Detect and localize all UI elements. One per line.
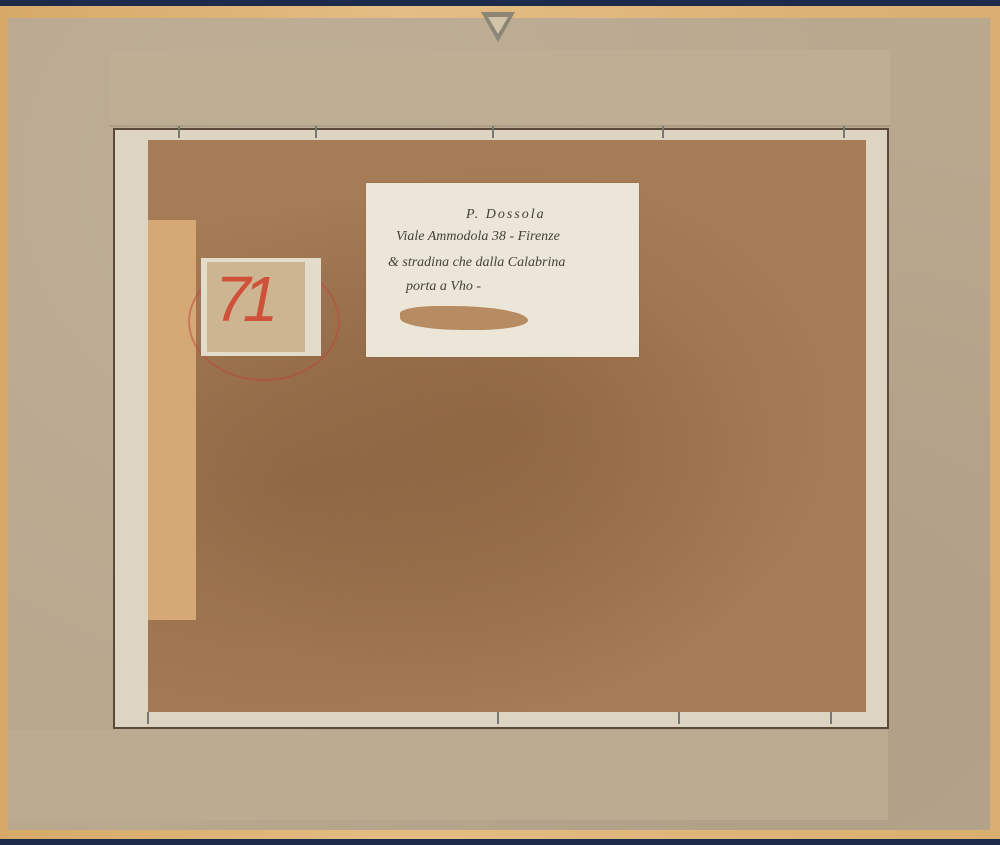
paper-tape-top [110, 50, 890, 125]
label-artist: P. Dossola [466, 207, 546, 223]
paper-tape-bottom [8, 730, 888, 820]
nail [662, 126, 664, 138]
label-title-1: & stradina che dalla Calabrina [388, 255, 565, 271]
painting-back-scene: 71 P. Dossola Viale Ammodola 38 - Firenz… [0, 0, 1000, 845]
torn-paper-strip [148, 220, 196, 620]
label-address: Viale Ammodola 38 - Firenze [396, 229, 560, 245]
nail [843, 126, 845, 138]
nail [830, 712, 832, 724]
nail [315, 126, 317, 138]
nail [147, 712, 149, 724]
inventory-number: 71 [215, 262, 270, 336]
handwritten-label: P. Dossola Viale Ammodola 38 - Firenze &… [366, 183, 639, 357]
nail [178, 126, 180, 138]
triangle-hanger-icon [481, 12, 515, 42]
nail [492, 126, 494, 138]
label-title-2: porta a Vho - [406, 279, 481, 295]
nail [497, 712, 499, 724]
nail [678, 712, 680, 724]
